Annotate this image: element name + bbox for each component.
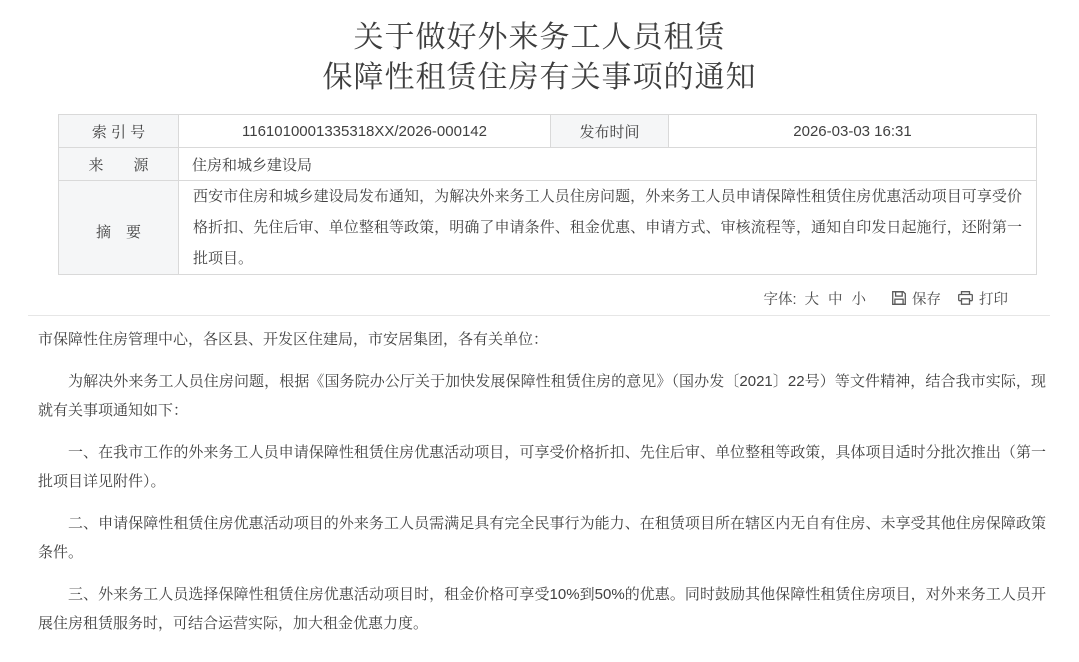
print-button-label: 打印 xyxy=(979,288,1008,309)
font-size-label: 字体: xyxy=(763,288,796,309)
font-size-small-button[interactable]: 小 xyxy=(852,288,867,309)
index-number-value: 1161010001335318XX/2026-000142 xyxy=(179,115,551,148)
document-meta-table: 索 引 号 1161010001335318XX/2026-000142 发布时… xyxy=(58,114,1037,275)
notice-title: 关于做好外来务工人员租赁 保障性租赁住房有关事项的通知 xyxy=(0,18,1079,98)
abstract-label: 摘 要 xyxy=(59,181,179,275)
print-button[interactable]: 打印 xyxy=(957,288,1008,309)
save-button[interactable]: 保存 xyxy=(891,288,941,309)
notice-title-line1: 关于做好外来务工人员租赁 xyxy=(0,18,1079,58)
body-paragraph-item3: 三、外来务工人员选择保障性租赁住房优惠活动项目时，租金价格可享受10%到50%的… xyxy=(38,580,1046,638)
publish-time-label: 发布时间 xyxy=(551,115,669,148)
font-size-medium-button[interactable]: 中 xyxy=(828,288,843,309)
document-toolbar: 字体: 大 中 小 保存 打印 xyxy=(763,288,1008,308)
notice-title-line2: 保障性租赁住房有关事项的通知 xyxy=(0,58,1079,98)
save-button-label: 保存 xyxy=(912,288,941,309)
body-paragraph-intro: 为解决外来务工人员住房问题，根据《国务院办公厅关于加快发展保障性租赁住房的意见》… xyxy=(38,367,1046,425)
salutation-line: 市保障性住房管理中心，各区县、开发区住建局，市安居集团，各有关单位： xyxy=(38,325,1046,354)
table-row: 索 引 号 1161010001335318XX/2026-000142 发布时… xyxy=(59,115,1037,148)
source-label: 来 源 xyxy=(59,148,179,181)
body-paragraph-item1: 一、在我市工作的外来务工人员申请保障性租赁住房优惠活动项目，可享受价格折扣、先住… xyxy=(38,438,1046,496)
source-value: 住房和城乡建设局 xyxy=(179,148,1037,181)
abstract-value: 西安市住房和城乡建设局发布通知，为解决外来务工人员住房问题，外来务工人员申请保障… xyxy=(179,181,1037,275)
floppy-disk-icon xyxy=(891,290,912,306)
publish-time-value: 2026-03-03 16:31 xyxy=(669,115,1037,148)
toolbar-divider xyxy=(28,315,1050,316)
body-paragraph-item2: 二、申请保障性租赁住房优惠活动项目的外来务工人员需满足具有完全民事行为能力、在租… xyxy=(38,509,1046,567)
index-number-label: 索 引 号 xyxy=(59,115,179,148)
table-row: 摘 要 西安市住房和城乡建设局发布通知，为解决外来务工人员住房问题，外来务工人员… xyxy=(59,181,1037,275)
font-size-large-button[interactable]: 大 xyxy=(805,288,820,309)
printer-icon xyxy=(957,290,979,306)
table-row: 来 源 住房和城乡建设局 xyxy=(59,148,1037,181)
notice-body: 市保障性住房管理中心，各区县、开发区住建局，市安居集团，各有关单位： 为解决外来… xyxy=(38,325,1046,651)
